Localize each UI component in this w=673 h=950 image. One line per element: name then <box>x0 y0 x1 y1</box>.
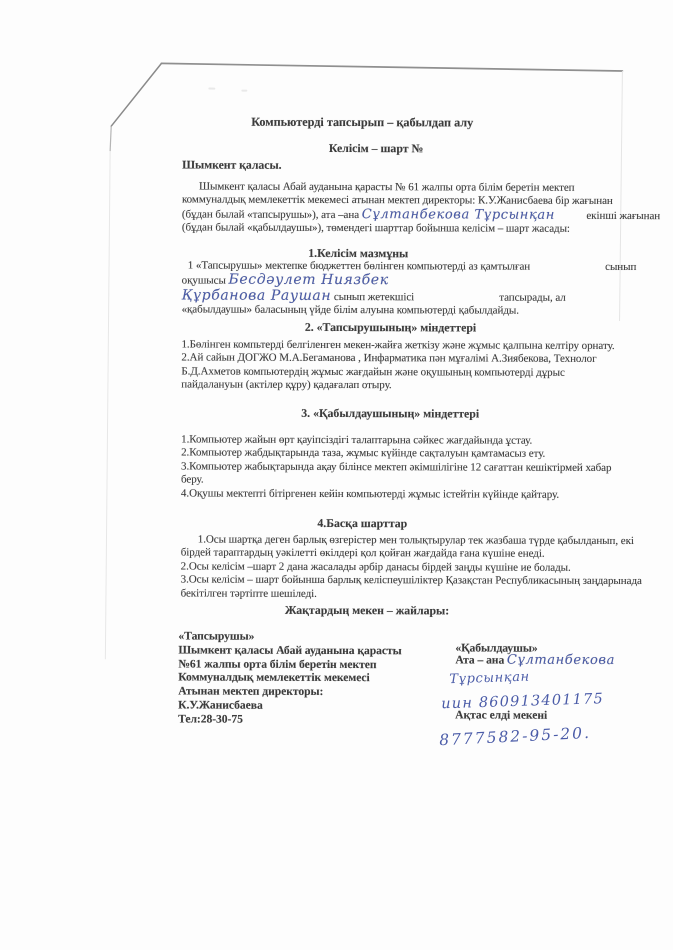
section-1-text: тапсырады, ал <box>499 291 566 303</box>
intro-line: (бұдан былай «қабылдаушы»), төмендегі ша… <box>182 222 660 237</box>
section-1-text: оқушысы <box>182 275 226 287</box>
section-1-line: Құрбанова Раушан сынып жетекшісітапсырад… <box>182 288 637 305</box>
section-4-line: бекітілген тәртіпте шешіледі. <box>181 587 642 602</box>
transferor-line: «Тапсырушы» <box>178 629 401 644</box>
intro-paragraph: Шымкент қаласы Абай ауданына қарасты № 6… <box>182 180 660 236</box>
transferor-line: Атынан мектеп директоры: <box>178 685 401 700</box>
section-1-text: сынып <box>605 261 636 273</box>
intro-line-text: екінші жағынан <box>586 210 660 222</box>
section-3-body: 1.Компьютер жайын өрт қауіпсіздігі талап… <box>181 433 612 502</box>
section-1-body: 1 «Тапсырушы» мектепке бюджеттен бөлінге… <box>182 259 637 318</box>
section-2-body: 1.Бөлінген компьтерді белгіленген мекен-… <box>181 338 614 393</box>
section-4-heading: 4.Басқа шарттар <box>180 515 545 531</box>
transferor-line: Шымкент қаласы Абай ауданына қарасты <box>178 643 401 658</box>
receiver-address-block: «Қабылдаушы» Ата – ана Сұлтанбекова Тұрс… <box>455 641 665 744</box>
transferor-line: №61 жалпы орта білім беретін мектеп <box>178 657 401 672</box>
document-title: Компьютерді тапсырып – қабылдап алу <box>181 114 543 130</box>
section-1-text: сынып жетекшісі <box>334 291 414 303</box>
section-3-line: 4.Оқушы мектепті бітіргенен кейін компью… <box>181 487 611 502</box>
intro-line-text: (бұдан былай «тапсырушы»), ата –ана <box>182 208 359 221</box>
section-3-heading: 3. «Қабылдаушының» міндеттері <box>180 405 600 421</box>
section-4-line: 3.Осы келісім – шарт бойынша барлық келі… <box>181 574 642 589</box>
section-1-line: «қабылдаушы» баласының үйде білім алуына… <box>182 304 637 319</box>
addresses-heading: Жақтардың мекен – жайлары: <box>180 602 555 618</box>
section-4-line: бірдей тараптардың уәкілетті өкілдері қо… <box>181 547 642 562</box>
section-2-line: 2.Ай сайын ДОГЖО М.А.Бегаманова , Инфарм… <box>181 352 614 367</box>
parent-label: Ата – ана <box>455 654 504 667</box>
transferor-address-block: «Тапсырушы» Шымкент қаласы Абай ауданына… <box>178 629 402 726</box>
handwritten-receiver-firstname: Тұрсынқан <box>449 665 665 687</box>
scan-smudge <box>208 88 215 90</box>
handwritten-receiver-surname: Сұлтанбекова <box>507 653 615 668</box>
section-2-heading: 2. «Тапсырушының» міндеттері <box>180 319 600 335</box>
handwritten-parent-name-inline: Сұлтанбекова Тұрсынқан <box>362 207 555 223</box>
transferor-line: Коммуналдық мемлекеттік мекемесі <box>178 671 401 686</box>
city-heading: Шымкент қаласы. <box>182 158 281 172</box>
section-3-line: 3.Компьютер жабықтарында ақау білінсе ме… <box>181 460 611 475</box>
transferor-line: К.У.Жанисбаева <box>178 698 401 713</box>
handwritten-class-teacher-name: Құрбанова Раушан <box>182 287 332 304</box>
section-2-line: пайдалануын (актілер құру) қадағалап оты… <box>181 379 614 394</box>
section-4-body: 1.Осы шартқа деген барлық өзгерістер мен… <box>181 533 642 602</box>
intro-line: (бұдан былай «тапсырушы»), ата –ана Сұлт… <box>182 207 660 223</box>
transferor-phone: Тел:28-30-75 <box>178 712 401 727</box>
section-3-line: 2.Компьютер жабдықтарында таза, жұмыс кү… <box>181 447 611 462</box>
contract-number-heading: Келісім – шарт № <box>181 140 571 156</box>
handwritten-student-name: Бесдәулет Ниязбек <box>228 272 388 289</box>
scanned-contract-page: Компьютерді тапсырып – қабылдап алу Келі… <box>0 0 673 950</box>
scan-smudge <box>241 90 247 92</box>
handwritten-phone: 8777582-95-20. <box>439 720 666 749</box>
